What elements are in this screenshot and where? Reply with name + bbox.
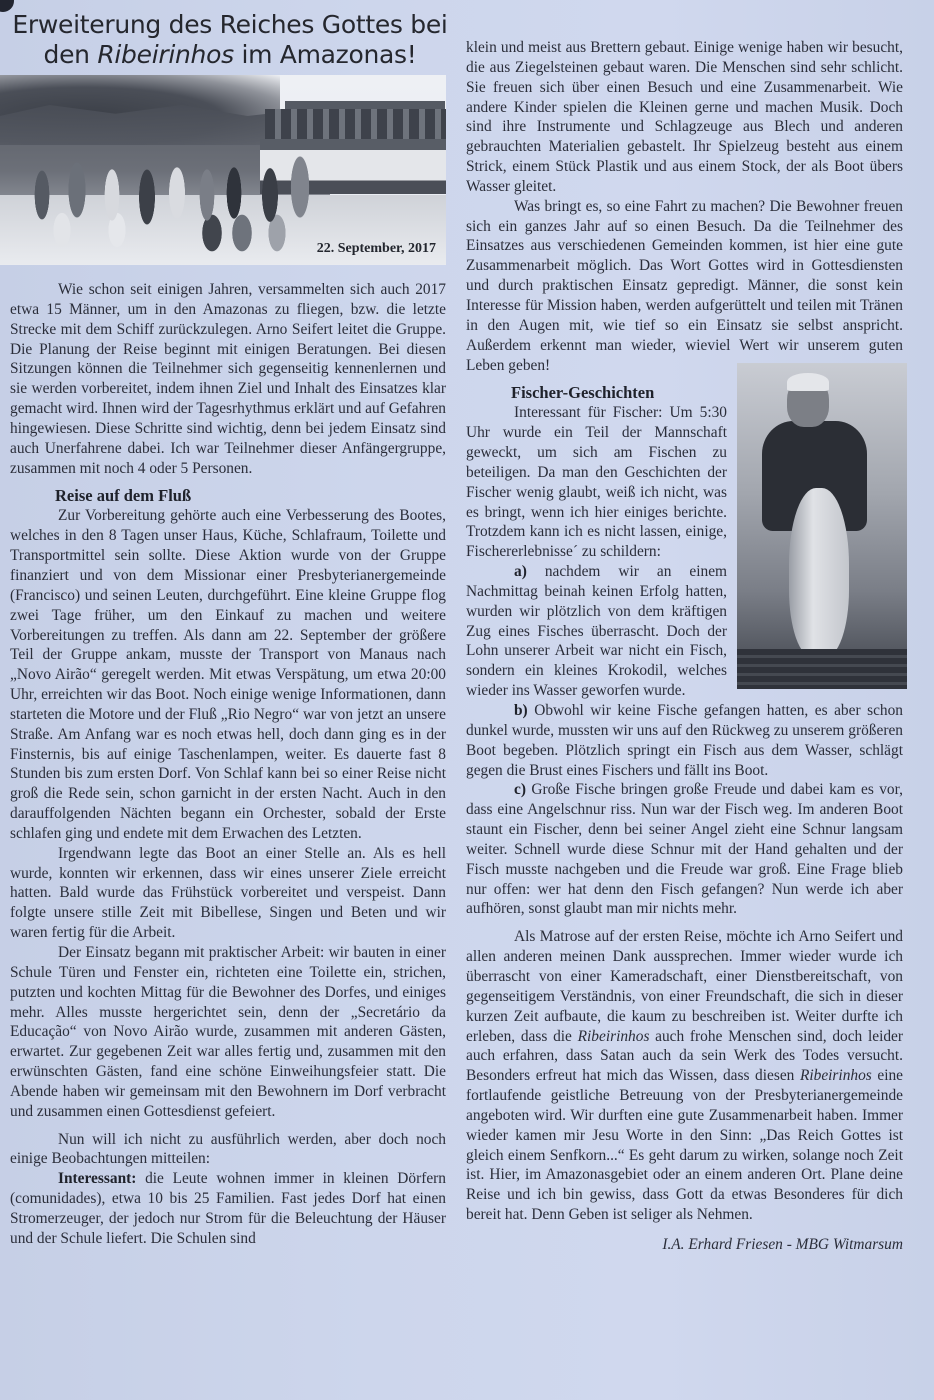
group-photo: 22. September, 2017: [0, 75, 446, 265]
thanks-paragraph: Als Matrose auf der ersten Reise, möchte…: [466, 927, 903, 1225]
river-paragraph-3: Der Einsatz begann mit praktischer Arbei…: [10, 943, 446, 1122]
observations-intro: Nun will ich nicht zu ausführlich werden…: [10, 1130, 446, 1170]
why-trip-paragraph: Was bringt es, so eine Fahrt zu machen? …: [466, 197, 903, 376]
story-b: b) Obwohl wir keine Fische gefangen hatt…: [466, 701, 903, 780]
intro-paragraph: Wie schon seit einigen Jahren, versammel…: [10, 280, 446, 478]
photo-date-caption: 22. September, 2017: [317, 241, 436, 257]
fish-stories-section: Fischer-Geschichten Interessant für Fisc…: [466, 383, 903, 919]
story-c: c) Große Fische bringen große Freude und…: [466, 780, 903, 919]
interesting-paragraph: Interessant: die Leute wohnen immer in k…: [10, 1169, 446, 1248]
continued-paragraph: klein und meist aus Brettern gebaut. Ein…: [466, 38, 903, 197]
large-fish: [789, 488, 849, 658]
title-line-1: Erweiterung des Reiches Gottes bei: [12, 10, 447, 39]
left-column: Wie schon seit einigen Jahren, versammel…: [10, 280, 446, 1249]
river-paragraph-1: Zur Vorbereitung gehörte auch eine Verbe…: [10, 506, 446, 843]
group-of-men: [22, 135, 312, 255]
section-heading-river: Reise auf dem Fluß: [10, 486, 446, 506]
title-italic-ribeirinhos: Ribeirinhos: [97, 40, 233, 69]
article-title: Erweiterung des Reiches Gottes bei den R…: [0, 10, 460, 70]
author-signature: I.A. Erhard Friesen - MBG Witmarsum: [466, 1235, 903, 1255]
right-column: klein und meist aus Brettern gebaut. Ein…: [466, 38, 903, 1255]
fisherman-photo: [737, 363, 907, 689]
river-paragraph-2: Irgendwann legte das Boot an einer Stell…: [10, 844, 446, 943]
